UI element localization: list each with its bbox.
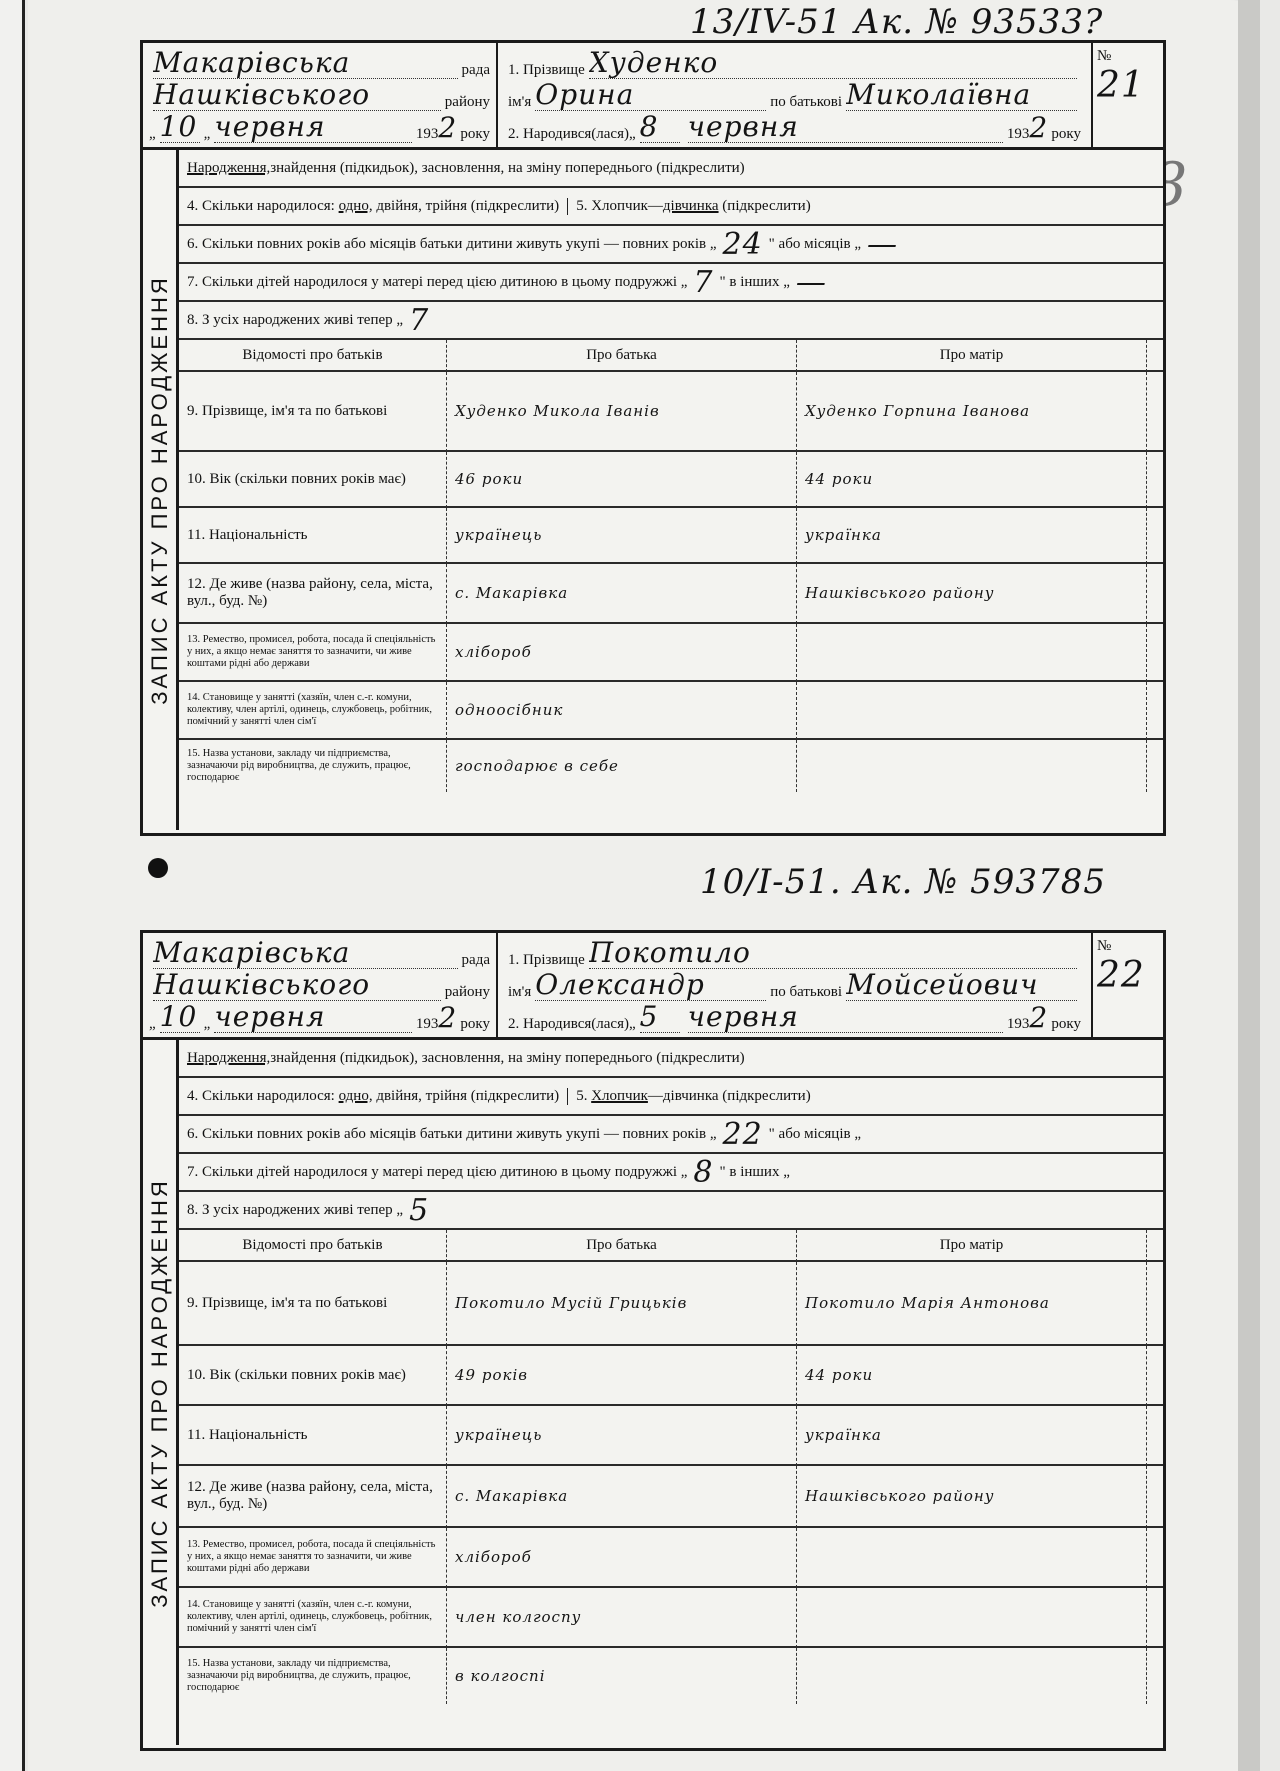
- years-together: 24: [722, 227, 762, 262]
- side-title: ЗАПИС АКТУ ПРО НАРОДЖЕННЯ: [147, 1178, 173, 1608]
- number-label: №: [1097, 938, 1111, 954]
- mother-nationality: українка: [797, 1406, 1147, 1466]
- father-occupation: хлібороб: [447, 1528, 797, 1588]
- year-suffix: року: [460, 1016, 490, 1033]
- adjacent-page-edge: [0, 0, 25, 1771]
- father-name: Покотило Мусій Грицьків: [447, 1262, 797, 1346]
- rada-value: Макарівська: [153, 48, 458, 79]
- side-title: ЗАПИС АКТУ ПРО НАРОДЖЕННЯ: [147, 275, 173, 705]
- child-patronymic: Миколаївна: [846, 80, 1077, 111]
- birth-year-digit: 2: [1029, 1003, 1051, 1033]
- father-residence: с. Макарівка: [447, 1466, 797, 1528]
- born-label: 2. Народився(лася): [508, 126, 629, 143]
- col-header-info: Відомості про батьків: [179, 1230, 447, 1262]
- row-label-status: 14. Становище у занятті (хазяїн, член с.…: [179, 1588, 447, 1648]
- parents-table: Відомості про батьків Про батька Про мат…: [179, 1230, 1163, 1704]
- row-label-residence: 12. Де живе (назва району, села, міста, …: [179, 1466, 447, 1528]
- father-nationality: українець: [447, 1406, 797, 1466]
- year-suffix: року: [1051, 1016, 1081, 1033]
- name-label: ім'я: [508, 984, 531, 1001]
- row-label-workplace: 15. Назва установи, закладу чи підприємс…: [179, 1648, 447, 1704]
- children-before: 8: [693, 1155, 713, 1190]
- q5-girl: дівчинка: [663, 1088, 719, 1104]
- q8-label: 8. З усіх народжених живі тепер „: [187, 312, 403, 329]
- record-number: 21: [1097, 65, 1145, 106]
- record-annotation: 10/I-51. Ак. № 593785: [700, 862, 1106, 902]
- row-label-name: 9. Прізвище, ім'я та по батькові: [179, 1262, 447, 1346]
- row-label-nationality: 11. Національність: [179, 1406, 447, 1466]
- father-occupation: хлібороб: [447, 624, 797, 682]
- birth-day: 5: [640, 1002, 680, 1033]
- year-prefix: 193: [1007, 1016, 1030, 1033]
- q6-label: 6. Скільки повних років або місяців бать…: [187, 1126, 716, 1143]
- father-status: член колгоспу: [447, 1588, 797, 1648]
- row-label-age: 10. Вік (скільки повних років має): [179, 452, 447, 508]
- mother-status: [797, 682, 1147, 740]
- q5-sep: —: [648, 198, 663, 214]
- col-header-father: Про батька: [447, 1230, 797, 1262]
- q5-girl-selected: дівчинка: [663, 198, 719, 214]
- row-label-residence: 12. Де живе (назва району, села, міста, …: [179, 564, 447, 624]
- reg-month: червня: [214, 112, 412, 143]
- birth-year-digit: 2: [1029, 113, 1051, 143]
- raion-label: району: [445, 94, 490, 111]
- mother-age: 44 роки: [797, 452, 1147, 508]
- alive-now: 5: [409, 1193, 429, 1228]
- raion-label: району: [445, 984, 490, 1001]
- father-workplace: господарює в себе: [447, 740, 797, 792]
- rada-value: Макарівська: [153, 938, 458, 969]
- year-prefix: 193: [416, 1016, 439, 1033]
- reg-year-digit: 2: [438, 1003, 460, 1033]
- birth-day: 8: [640, 112, 680, 143]
- q6-label-months: " або місяців „: [769, 236, 861, 253]
- q4-label: 4. Скільки народилося:: [187, 198, 339, 214]
- q7-label: 7. Скільки дітей народилося у матері пер…: [187, 1164, 687, 1181]
- q5-prefix: 5.: [576, 198, 591, 214]
- reg-year-digit: 2: [438, 113, 460, 143]
- mother-residence: Нашківського району: [797, 564, 1147, 624]
- child-name: Олександр: [535, 970, 766, 1001]
- row-label-nationality: 11. Національність: [179, 508, 447, 564]
- child-surname: Покотило: [589, 938, 1077, 969]
- q6-label: 6. Скільки повних років або місяців бать…: [187, 236, 716, 253]
- birth-record-form-2: Макарівськарада Нашківськогорайону „10„ч…: [140, 930, 1166, 1751]
- row-label-workplace: 15. Назва установи, закладу чи підприємс…: [179, 740, 447, 792]
- alive-now: 7: [409, 303, 429, 338]
- q8-label: 8. З усіх народжених живі тепер „: [187, 1202, 403, 1219]
- col-header-info: Відомості про батьків: [179, 340, 447, 372]
- mother-occupation: [797, 624, 1147, 682]
- q5-rest: (підкреслити): [719, 198, 811, 214]
- q7-label-other: " в інших „: [719, 1164, 789, 1181]
- page-edge-shadow: [1238, 0, 1260, 1771]
- raion-value: Нашківського: [153, 970, 441, 1001]
- mother-occupation: [797, 1528, 1147, 1588]
- father-workplace: в колгоспі: [447, 1648, 797, 1704]
- q5-rest: (підкреслити): [719, 1088, 811, 1104]
- year-suffix: року: [1051, 126, 1081, 143]
- row-label-age: 10. Вік (скільки повних років має): [179, 1346, 447, 1406]
- q7-label: 7. Скільки дітей народилося у матері пер…: [187, 274, 687, 291]
- mother-name: Покотило Марія Антонова: [797, 1262, 1147, 1346]
- col-header-mother: Про матір: [797, 1230, 1147, 1262]
- father-age: 46 роки: [447, 452, 797, 508]
- row-label-occupation: 13. Ремество, промисел, робота, посада й…: [179, 624, 447, 682]
- mother-name: Худенко Горпина Іванова: [797, 372, 1147, 452]
- parents-table: Відомості про батьків Про батька Про мат…: [179, 340, 1163, 792]
- q3-underlined: Народження,: [187, 1050, 270, 1067]
- q4-label: 4. Скільки народилося:: [187, 1088, 339, 1104]
- mother-residence: Нашківського району: [797, 1466, 1147, 1528]
- children-before: 7: [693, 265, 713, 300]
- q5-boy: Хлопчик: [591, 198, 648, 214]
- q4-selected: одно,: [339, 198, 373, 214]
- year-suffix: року: [460, 126, 490, 143]
- reg-month: червня: [214, 1002, 412, 1033]
- birth-record-form-1: Макарівськарада Нашківськогорайону „10„ч…: [140, 40, 1166, 836]
- patronymic-label: по батькові: [770, 984, 842, 1001]
- months-together: —: [867, 227, 898, 262]
- father-name: Худенко Микола Іванів: [447, 372, 797, 452]
- q5-boy-selected: Хлопчик: [591, 1088, 648, 1104]
- rada-label: рада: [462, 62, 490, 79]
- rada-label: рада: [462, 952, 490, 969]
- mother-status: [797, 1588, 1147, 1648]
- q4-options: двійня, трійня (підкреслити): [373, 198, 560, 214]
- q7-label-other: " в інших „: [719, 274, 789, 291]
- child-patronymic: Мойсейович: [846, 970, 1077, 1001]
- q5-prefix: 5.: [576, 1088, 591, 1104]
- surname-label: 1. Прізвище: [508, 62, 585, 79]
- birth-month: червня: [688, 1002, 1003, 1033]
- surname-label: 1. Прізвище: [508, 952, 585, 969]
- father-age: 49 років: [447, 1346, 797, 1406]
- mother-age: 44 роки: [797, 1346, 1147, 1406]
- col-header-father: Про батька: [447, 340, 797, 372]
- raion-value: Нашківського: [153, 80, 441, 111]
- mother-nationality: українка: [797, 508, 1147, 564]
- reg-day: 10: [160, 112, 200, 143]
- father-residence: с. Макарівка: [447, 564, 797, 624]
- row-label-status: 14. Становище у занятті (хазяїн, член с.…: [179, 682, 447, 740]
- mother-workplace: [797, 1648, 1147, 1704]
- child-surname: Худенко: [589, 48, 1077, 79]
- row-label-name: 9. Прізвище, ім'я та по батькові: [179, 372, 447, 452]
- col-header-mother: Про матір: [797, 340, 1147, 372]
- years-together: 22: [722, 1117, 762, 1152]
- children-other: —: [796, 265, 827, 300]
- year-prefix: 193: [416, 126, 439, 143]
- birth-month: червня: [688, 112, 1003, 143]
- q5-sep: —: [648, 1088, 663, 1104]
- name-label: ім'я: [508, 94, 531, 111]
- record-number: 22: [1097, 955, 1145, 996]
- q3-label: знайдення (підкидьок), засновлення, на з…: [270, 1050, 744, 1067]
- father-nationality: українець: [447, 508, 797, 564]
- father-status: одноосібник: [447, 682, 797, 740]
- year-prefix: 193: [1007, 126, 1030, 143]
- patronymic-label: по батькові: [770, 94, 842, 111]
- q6-label-months: " або місяців „: [769, 1126, 861, 1143]
- mother-workplace: [797, 740, 1147, 792]
- q3-underlined: Народження,: [187, 160, 270, 177]
- child-name: Орина: [535, 80, 766, 111]
- row-label-occupation: 13. Ремество, промисел, робота, посада й…: [179, 1528, 447, 1588]
- q3-label: знайдення (підкидьок), засновлення, на з…: [270, 160, 744, 177]
- born-label: 2. Народився(лася): [508, 1016, 629, 1033]
- q4-selected: одно,: [339, 1088, 373, 1104]
- reg-day: 10: [160, 1002, 200, 1033]
- record-annotation: 13/IV-51 Ак. № 93533?: [690, 2, 1103, 42]
- q4-options: двійня, трійня (підкреслити): [373, 1088, 560, 1104]
- punch-hole: [148, 858, 168, 878]
- number-label: №: [1097, 48, 1111, 64]
